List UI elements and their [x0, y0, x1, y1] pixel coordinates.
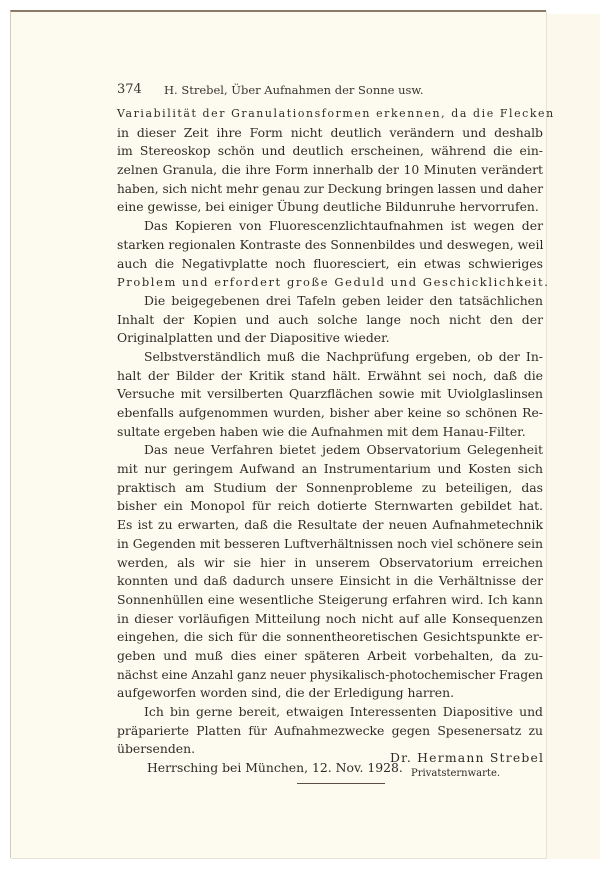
text-line: präparierte Platten für Aufnahmezwecke g…: [117, 722, 543, 741]
text-line: in Gegenden mit besseren Luftverhältniss…: [117, 535, 543, 554]
author-affiliation: Privatsternwarte.: [411, 768, 500, 779]
text-line: werden, als wir sie hier in unserem Obse…: [117, 554, 543, 573]
text-line: haben, sich nicht mehr genau zur Deckung…: [117, 180, 543, 199]
text-line: im Stereoskop schön und deutlich erschei…: [117, 142, 543, 161]
text-line: Es ist zu erwarten, daß die Resultate de…: [117, 516, 543, 535]
running-header: 374 H. Strebel, Über Aufnahmen der Sonne…: [117, 82, 547, 100]
text-line: Das Kopieren von Fluorescenzlichtaufnahm…: [117, 217, 543, 236]
text-line: eingehen, die sich für die sonnentheoret…: [117, 628, 543, 647]
running-title: H. Strebel, Über Aufnahmen der Sonne usw…: [164, 83, 424, 97]
page-number: 374: [117, 82, 142, 97]
text-line: in dieser vorläufigen Mitteilung noch ni…: [117, 610, 543, 629]
text-line: zelnen Granula, die ihre Form innerhalb …: [117, 161, 543, 180]
text-line: Problem und erfordert große Geduld und G…: [117, 273, 543, 292]
text-line: Sonnenhüllen eine wesentliche Steigerung…: [117, 591, 543, 610]
text-line: aufgeworfen worden sind, die der Erledig…: [117, 684, 543, 703]
text-line: ebenfalls aufgenommen wurden, bisher abe…: [117, 404, 543, 423]
text-line: geben und muß dies einer späteren Arbeit…: [117, 647, 543, 666]
text-line: Variabilität der Granulationsformen erke…: [117, 105, 543, 124]
text-line: auch die Negativplatte noch fluoresciert…: [117, 255, 543, 274]
text-line: praktisch am Studium der Sonnenprobleme …: [117, 479, 543, 498]
text-line: Die beigegebenen drei Tafeln geben leide…: [117, 292, 543, 311]
text-line: nächst eine Anzahl ganz neuer physikalis…: [117, 666, 543, 685]
text-line: in dieser Zeit ihre Form nicht deutlich …: [117, 124, 543, 143]
end-rule: [297, 783, 385, 784]
text-line: halt der Bilder der Kritik stand hält. E…: [117, 367, 543, 386]
text-line: mit nur geringem Aufwand an Instrumentar…: [117, 460, 543, 479]
text-line: starken regionalen Kontraste des Sonnenb…: [117, 236, 543, 255]
text-line: bisher ein Monopol für reich dotierte St…: [117, 497, 543, 516]
text-line: Das neue Verfahren bietet jedem Observat…: [117, 441, 543, 460]
text-line: Inhalt der Kopien und auch solche lange …: [117, 311, 543, 330]
text-line: Ich bin gerne bereit, etwaigen Interesse…: [117, 703, 543, 722]
text-line: Selbstverständlich muß die Nachprüfung e…: [117, 348, 543, 367]
text-line: konnten und daß dadurch unsere Einsicht …: [117, 572, 543, 591]
text-line: eine gewisse, bei einiger Übung deutlich…: [117, 198, 543, 217]
text-line: Originalplatten und der Diapositive wied…: [117, 329, 543, 348]
author-signature: Dr. Hermann Strebel: [390, 750, 544, 765]
text-line: sultate ergeben haben wie die Aufnahmen …: [117, 423, 543, 442]
body-text: Variabilität der Granulationsformen erke…: [117, 105, 543, 778]
text-line: Versuche mit versilberten Quarzflächen s…: [117, 385, 543, 404]
